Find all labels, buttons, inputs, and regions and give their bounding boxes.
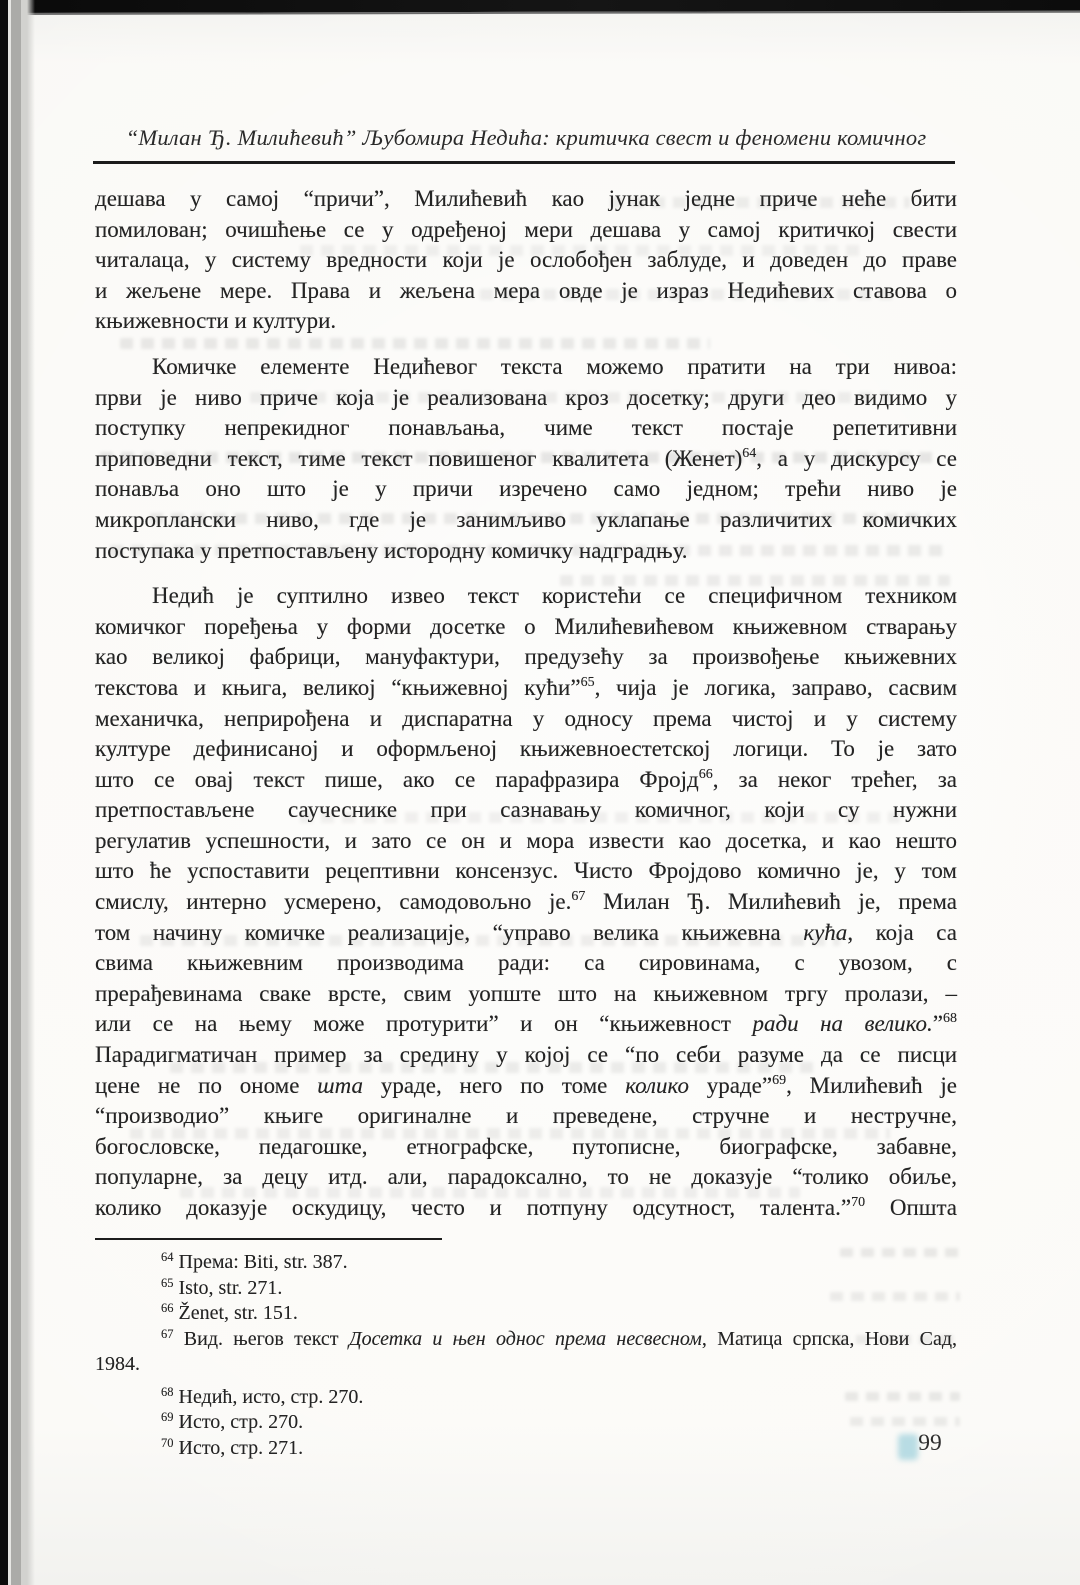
text-line: “производио” књиге оригиналне и преведен… (95, 1101, 957, 1132)
text-line: колико доказује оскудицу, често и потпун… (95, 1193, 957, 1224)
text-line: свима књижевним производима ради: са сир… (95, 948, 957, 979)
text-line: популарне, за децу итд. али, парадоксалн… (95, 1162, 957, 1193)
page-number: 99 (885, 1430, 975, 1457)
header-rule (93, 161, 955, 164)
text-line: цене не по ономе шта ураде, него по томе… (95, 1071, 957, 1102)
running-header: “Милан Ђ. Милићевић” Љубомира Недића: кр… (95, 125, 957, 151)
text-line: књижевности и култури. (95, 306, 957, 337)
footnote-ref: 66 (161, 1301, 174, 1315)
text-line: прерађевинама сваке врсте, свим уопште ш… (95, 979, 957, 1010)
text-line: комичког поређења у форми досетке о Мили… (95, 612, 957, 643)
paragraph: Недић је суптилно извео текст користећи … (95, 581, 957, 1223)
footnote-ref: 64 (161, 1250, 174, 1264)
text-line: што ће успоставити рецептивни консензус.… (95, 856, 957, 887)
text-line: приповедни текст, тиме текст повишеног к… (95, 444, 957, 475)
footnote-line: 1984. (95, 1352, 957, 1378)
text-line: читалаца, у систему вредности који је ос… (95, 245, 957, 276)
text-line: поступку непрекидног понављања, чиме тек… (95, 413, 957, 444)
footnote-ref: 68 (161, 1385, 174, 1399)
footnote-separator (95, 1238, 442, 1240)
text-line: помилован; очишћење се у одређеној мери … (95, 215, 957, 246)
footnote-ref: 70 (851, 1195, 865, 1210)
footnote-line: 67 Вид. његов текст Досетка и њен однос … (95, 1327, 957, 1353)
text-line: текстова и књига, великој “књижевној кућ… (95, 673, 957, 704)
text-line: регулатив успешности, и зато се он и мор… (95, 826, 957, 857)
text-line: понавља оно што је у причи изречено само… (95, 474, 957, 505)
italic-text: шта (317, 1073, 363, 1098)
scanned-page: “Милан Ђ. Милићевић” Љубомира Недића: кр… (0, 0, 1080, 1585)
footnote-ref: 65 (161, 1276, 174, 1290)
footnotes: 64 Према: Biti, str. 387.65 Isto, str. 2… (95, 1250, 957, 1461)
italic-text: Досетка и њен однос према несвесном (349, 1328, 702, 1350)
footnote-ref: 64 (742, 446, 756, 461)
text-line: Парадигматичан пример за средину у којој… (95, 1040, 957, 1071)
footnote-line: 69 Исто, стр. 270. (95, 1410, 957, 1436)
text-line: поступака у претпостављену истородну ком… (95, 536, 957, 567)
text-line: Недић је суптилно извео текст користећи … (95, 581, 957, 612)
scan-edge-top (0, 0, 1080, 15)
running-header-title: “Милан Ђ. Милићевић” Љубомира Недића: кр… (126, 125, 927, 150)
footnote-ref: 65 (581, 675, 595, 690)
text-line: први је ниво приче која је реализована к… (95, 383, 957, 414)
text-line: богословске, педагошке, етнографске, пут… (95, 1132, 957, 1163)
text-line: том начину комичке реализације, “управо … (95, 918, 957, 949)
footnote-line: 66 Ženet, str. 151. (95, 1301, 957, 1327)
footnote-line: 68 Недић, исто, стр. 270. (95, 1385, 957, 1411)
footnote-ref: 67 (161, 1327, 174, 1341)
footnote-ref: 66 (699, 767, 713, 782)
italic-text: кућа (803, 920, 847, 945)
text-line: смислу, интерно усмерено, самодовољно је… (95, 887, 957, 918)
text-line: што се овај текст пише, ако се парафрази… (95, 765, 957, 796)
text-line: културе дефинисаној и оформљеној књижевн… (95, 734, 957, 765)
italic-text: колико (625, 1073, 689, 1098)
scan-edge-binding (0, 0, 36, 1585)
footnote-ref: 68 (943, 1011, 957, 1026)
footnote-ref: 69 (161, 1410, 174, 1424)
footnote-ref: 70 (161, 1436, 174, 1450)
text-line: или се на њему може протурити” и он “књи… (95, 1009, 957, 1040)
footnote-line: 64 Према: Biti, str. 387. (95, 1250, 957, 1276)
footnote-ref: 69 (772, 1073, 786, 1088)
text-line: механичка, неприрођена и диспаратна у од… (95, 704, 957, 735)
paragraph: дешава у самој “причи”, Милићевић као ју… (95, 184, 957, 337)
italic-text: ради на велико. (752, 1011, 932, 1036)
paragraph: Комичке елементе Недићевог текста можемо… (95, 352, 957, 566)
text-line: као великој фабрици, мануфактури, предуз… (95, 642, 957, 673)
text-line: Комичке елементе Недићевог текста можемо… (95, 352, 957, 383)
footnote-line: 70 Исто, стр. 271. (95, 1436, 957, 1462)
body-text: дешава у самој “причи”, Милићевић као ју… (95, 184, 957, 1224)
text-line: дешава у самој “причи”, Милићевић као ју… (95, 184, 957, 215)
text-line: микроплански ниво, где је занимљиво укла… (95, 505, 957, 536)
footnote-line: 65 Isto, str. 271. (95, 1276, 957, 1302)
text-line: претпостављене саучеснике при сазнавању … (95, 795, 957, 826)
text-line: и жељене мере. Права и жељена мера овде … (95, 276, 957, 307)
footnote-ref: 67 (571, 889, 585, 904)
